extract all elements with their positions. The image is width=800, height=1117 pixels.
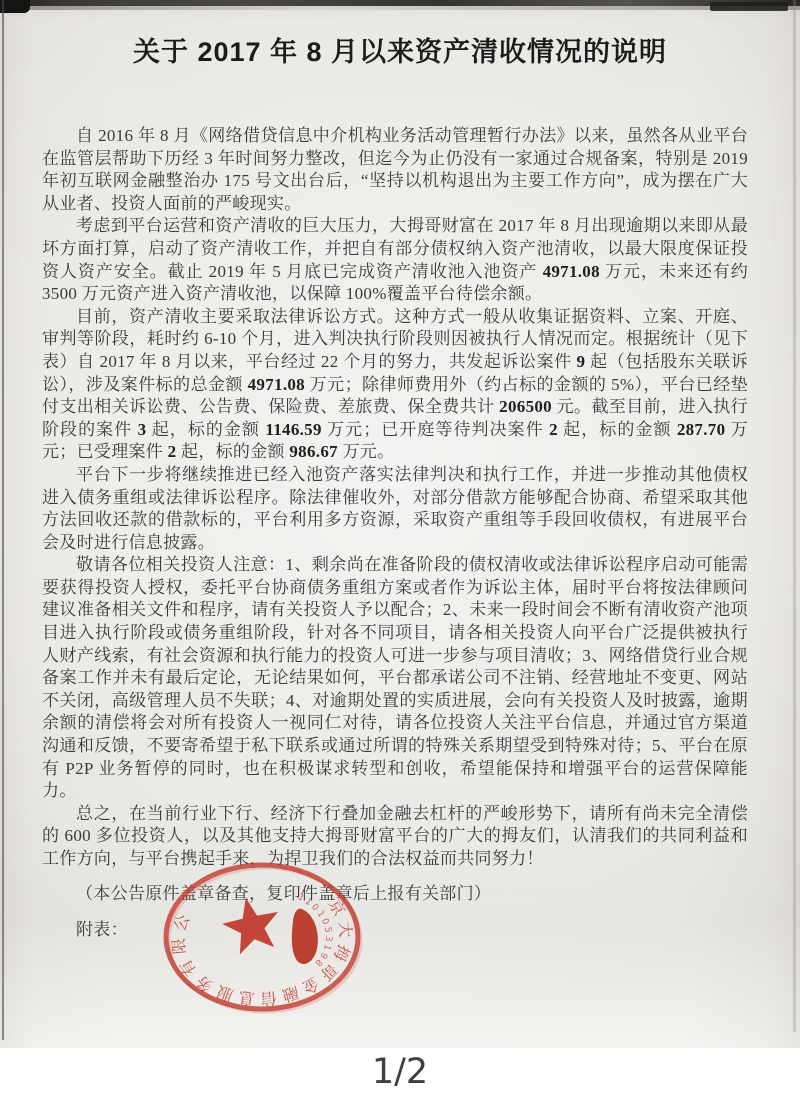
document-page[interactable]: 关于 2017 年 8 月以来资产清收情况的说明 自 2016 年 8 月《网络… xyxy=(0,0,800,1048)
image-viewer: 关于 2017 年 8 月以来资产清收情况的说明 自 2016 年 8 月《网络… xyxy=(0,0,800,1117)
document-title: 关于 2017 年 8 月以来资产清收情况的说明 xyxy=(0,30,800,69)
scan-edge-top-shadow xyxy=(0,6,800,10)
scan-edge-left xyxy=(2,0,4,1040)
scan-mark-top-right xyxy=(710,2,788,11)
seal-ink-smudge xyxy=(292,909,318,964)
stamp-note: （本公告原件盖章备查，复印件盖章后上报有关部门） xyxy=(42,883,748,906)
document-body: 自 2016 年 8 月《网络借贷信息中介机构业务活动管理暂行办法》以来，虽然各… xyxy=(42,125,748,942)
scan-corner-top-left xyxy=(0,0,30,13)
paragraph-next-steps: 平台下一步将继续推进已经入池资产落实法律判决和执行工作，并进一步推动其他债权进入… xyxy=(42,464,748,554)
scan-edge-right xyxy=(793,0,796,1032)
page-indicator: 1/2 xyxy=(0,1052,800,1092)
paragraph-intro: 自 2016 年 8 月《网络借贷信息中介机构业务活动管理暂行办法》以来，虽然各… xyxy=(42,125,748,215)
seal-star-icon xyxy=(218,892,285,957)
paragraph-litigation-stats: 目前，资产清收主要采取法律诉讼方式。这种方式一般从收集证据资料、立案、开庭、审判… xyxy=(42,306,748,464)
paragraph-asset-pool: 考虑到平台运营和资产清收的巨大压力，大拇哥财富在 2017 年 8 月出现逾期以… xyxy=(42,215,748,305)
paragraph-conclusion: 总之，在当前行业下行、经济下行叠加金融去杠杆的严峻形势下，请所有尚未完全清偿的 … xyxy=(42,803,748,871)
paragraph-investor-notices: 敬请各位相关投资人注意：1、剩余尚在准备阶段的债权清收或法律诉讼程序启动可能需要… xyxy=(42,554,748,803)
company-seal: 北京大拇哥金融信息服务有限公司 1101053198 xyxy=(152,847,372,1027)
appendix-label: 附表： xyxy=(42,919,748,942)
